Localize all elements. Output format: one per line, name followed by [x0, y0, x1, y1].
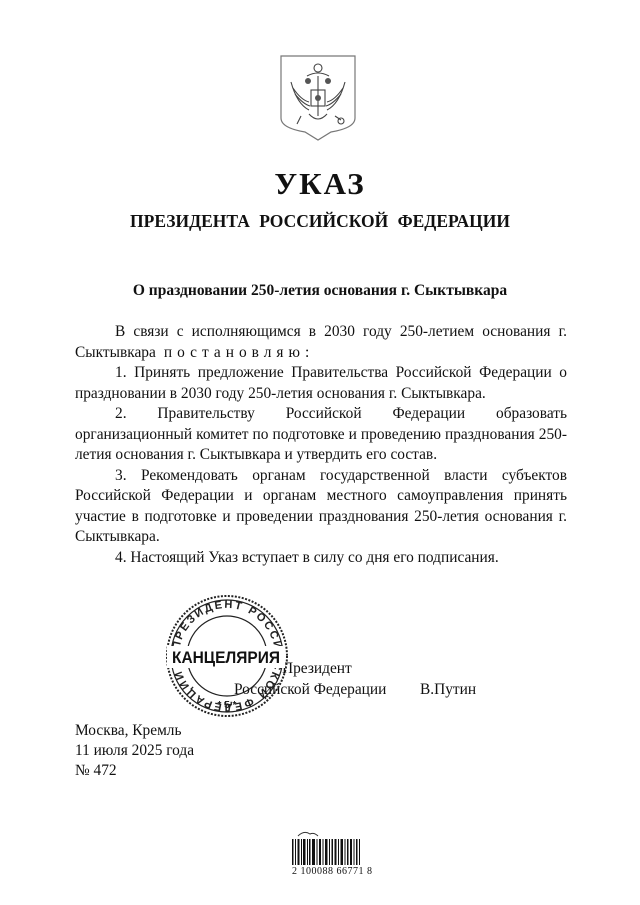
item-4: 4. Настоящий Указ вступает в силу со дня… — [75, 548, 567, 569]
document-heading: О праздновании 250-летия основания г. Сы… — [0, 282, 640, 300]
issue-details: Москва, Кремль 11 июля 2025 года № 472 — [75, 721, 194, 781]
document-title: УКАЗ — [0, 166, 640, 202]
official-stamp: ПРЕЗИДЕНТ РОССИЙСКОЙ ФЕДЕРАЦИИ КАНЦЕЛЯРИ… — [163, 592, 291, 720]
item-1: 1. Принять предложение Правительства Рос… — [75, 363, 567, 404]
signature-name: В.Путин — [420, 681, 476, 699]
document-subtitle: ПРЕЗИДЕНТА РОССИЙСКОЙ ФЕДЕРАЦИИ — [0, 211, 640, 232]
document-body: В связи с исполняющимся в 2030 году 250-… — [75, 322, 567, 568]
svg-text:КАНЦЕЛЯРИЯ: КАНЦЕЛЯРИЯ — [172, 648, 280, 667]
preamble-text: В связи с исполняющимся в 2030 году 250-… — [75, 323, 567, 361]
item-3: 3. Рекомендовать органам государственной… — [75, 466, 567, 548]
decree-word: постановляю: — [164, 344, 314, 361]
item-2: 2. Правительству Российской Федерации об… — [75, 404, 567, 466]
preamble-paragraph: В связи с исполняющимся в 2030 году 250-… — [75, 322, 567, 363]
issue-number: № 472 — [75, 761, 194, 781]
issue-place: Москва, Кремль — [75, 721, 194, 741]
issue-date: 11 июля 2025 года — [75, 741, 194, 761]
svg-text:* 5 *: * 5 * — [218, 700, 237, 711]
coat-of-arms-emblem — [279, 54, 357, 142]
barcode-number: 2 100088 66771 8 — [292, 866, 373, 877]
signature-position-line1: Президент — [282, 660, 352, 678]
